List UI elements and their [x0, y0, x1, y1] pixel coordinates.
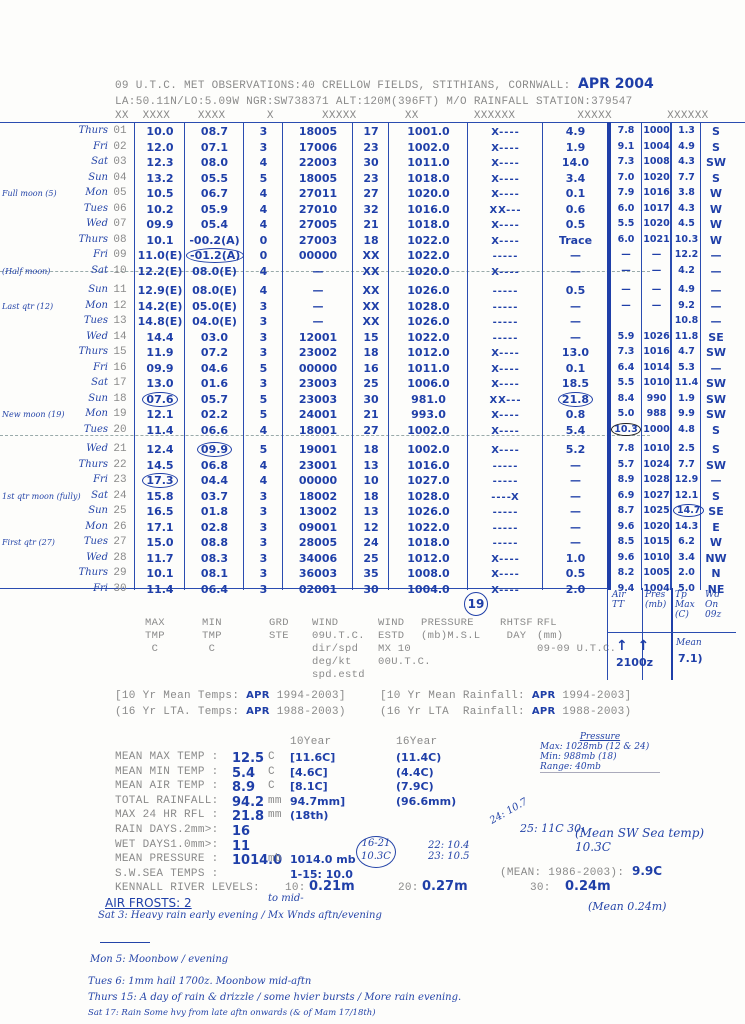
day-number: 24 — [110, 490, 130, 502]
cell-p21: 1021 — [643, 234, 670, 245]
side-time: 2100z — [616, 656, 653, 669]
cell-grd-value: 5 — [260, 172, 268, 185]
cell-rfl: — — [544, 490, 607, 503]
cell-pres: 981.0 — [390, 393, 467, 406]
cell-rfl: — — [544, 315, 607, 328]
cell-grd: 4 — [245, 284, 282, 297]
cell-rfl-value: 1.0 — [566, 552, 586, 565]
cell-p21: 988 — [643, 408, 670, 419]
day-number: 08 — [110, 234, 130, 246]
cell-air: 10.3 — [611, 424, 641, 435]
cell-min: 02.8 — [186, 521, 243, 534]
cell-max: 11.9 — [136, 346, 184, 359]
cell-wd-value: W — [710, 187, 722, 200]
cell-code-value: X---- — [491, 585, 520, 596]
cell-rfl-value: 0.1 — [566, 362, 586, 375]
cell-p21-value: 1010 — [643, 552, 669, 563]
cell-min-value: 04.4 — [201, 474, 228, 487]
cell-estd: 35 — [354, 567, 388, 580]
cell-max-value: 17.1 — [146, 521, 173, 534]
cell-wind: 23001 — [284, 459, 352, 472]
cell-rfl-value: — — [570, 505, 581, 518]
report-title: 09 U.T.C. MET OBSERVATIONS:40 CRELLOW FI… — [115, 80, 570, 92]
cell-estd: 32 — [354, 203, 388, 216]
cell-pres: 1011.0 — [390, 362, 467, 375]
cell-max-value: 11.4 — [146, 583, 173, 596]
side-air-tt: Air TT — [612, 590, 640, 610]
summary-unit: C — [268, 766, 275, 778]
cell-rfl-value: — — [570, 265, 581, 278]
cell-estd-value: 18 — [363, 346, 378, 359]
cell-code: ----- — [469, 315, 542, 328]
table-row: Wed1414.403.0312001151022.0-----—5.91026… — [0, 331, 745, 346]
cell-p21: 1020 — [643, 218, 670, 229]
cell-grd: 3 — [245, 567, 282, 580]
cell-min-value: 08.1 — [201, 567, 228, 580]
cell-wind: 27010 — [284, 203, 352, 216]
cell-tp-value: 9.9 — [678, 408, 695, 419]
cell-wind: 27005 — [284, 218, 352, 231]
cell-min: 08.0(E) — [186, 284, 243, 297]
cell-max: 09.9 — [136, 362, 184, 375]
cell-tp: 5.3 — [673, 362, 700, 373]
cell-estd-value: XX — [363, 265, 380, 278]
cell-max: 11.7 — [136, 552, 184, 565]
cell-min-value: 06.8 — [201, 459, 228, 472]
cell-wd-value: — — [711, 474, 722, 487]
cell-code-value: ----- — [493, 317, 519, 328]
cell-rfl-value: — — [570, 490, 581, 503]
day-name: Mon — [60, 408, 108, 419]
day-name: Fri — [60, 141, 108, 152]
cell-max: 11.4 — [136, 424, 184, 437]
summary-value: 94.2 — [232, 795, 264, 810]
cell-p21-value: 1014 — [643, 362, 669, 373]
period-label: (16 Yr LTA. Temps: — [115, 706, 239, 718]
cell-pres-value: 1011.0 — [407, 362, 449, 375]
cell-air-value: 9.6 — [618, 521, 635, 532]
cell-wd: — — [702, 249, 730, 262]
summary-label: TOTAL RAINFALL: — [115, 795, 219, 807]
cell-min: 03.7 — [186, 490, 243, 503]
cell-grd-value: 5 — [260, 393, 268, 406]
cell-estd: 30 — [354, 583, 388, 596]
cell-pres-value: 1012.0 — [407, 552, 449, 565]
cell-code-value: ----- — [493, 302, 519, 313]
cell-wind: — — [284, 284, 352, 297]
summary-16yr: (96.6mm) — [396, 795, 456, 808]
cell-min: 08.0(E) — [186, 265, 243, 278]
cell-estd: XX — [354, 315, 388, 328]
cell-estd: XX — [354, 265, 388, 278]
cell-tp-value: 14.3 — [675, 521, 698, 532]
day-number: 01 — [110, 125, 130, 137]
cell-grd-value: 0 — [260, 249, 268, 262]
cell-wd: SW — [702, 393, 730, 406]
cell-rfl-value: 3.4 — [566, 172, 586, 185]
cell-tp-value: 4.3 — [678, 203, 695, 214]
period-label: [10 Yr Mean Rainfall: — [380, 690, 525, 702]
cell-rfl: 21.8 — [544, 393, 607, 406]
cell-estd: 13 — [354, 505, 388, 518]
cell-p21-value: 990 — [647, 393, 667, 404]
cell-wd-value: S — [712, 490, 720, 503]
table-row: Sat1713.001.6323003251006.0X----18.55.51… — [0, 377, 745, 392]
day-name: Thurs — [60, 346, 108, 357]
cell-max: 10.0 — [136, 125, 184, 138]
period-month: APR — [532, 706, 556, 717]
cell-min-value: 04.0(E) — [192, 315, 237, 328]
cell-max: 17.3 — [136, 474, 184, 487]
table-row: Fri0212.007.1317006231002.0X----1.99.110… — [0, 141, 745, 156]
cell-air-value: 7.8 — [618, 443, 635, 454]
cell-tp-value: 5.3 — [678, 362, 695, 373]
summary-value: 21.8 — [232, 809, 264, 824]
cell-air-value: 7.8 — [618, 125, 635, 136]
cell-wind: 27011 — [284, 187, 352, 200]
cell-max-value: 13.0 — [146, 377, 173, 390]
cell-estd: 21 — [354, 408, 388, 421]
sea-temp-note-2: 22: 10.4 23: 10.5 — [428, 840, 488, 862]
cell-min: 05.9 — [186, 203, 243, 216]
cell-air: 8.9 — [611, 474, 641, 485]
day-number: 23 — [110, 474, 130, 486]
cell-wind-value: 27003 — [299, 234, 337, 247]
cell-p21: 1016 — [643, 346, 670, 357]
legend-rhtsf: RHTSF DAY — [500, 617, 533, 643]
summary-label: MEAN PRESSURE : — [115, 853, 219, 865]
cell-p21-value: 1004 — [643, 141, 669, 152]
cell-max-value: 17.3 — [142, 473, 177, 488]
day-number: 11 — [110, 284, 130, 296]
cell-wind: 18001 — [284, 424, 352, 437]
cell-pres: 1004.0 — [390, 583, 467, 596]
cell-min-value: 09.9 — [197, 442, 232, 457]
cell-min: 06.8 — [186, 459, 243, 472]
cell-code-value: X---- — [491, 127, 520, 138]
cell-grd-value: 5 — [260, 443, 268, 456]
cell-rfl-value: — — [570, 331, 581, 344]
cell-p21: 1010 — [643, 377, 670, 388]
summary-16yr: (11.4C) — [396, 751, 441, 764]
table-row: Sat0312.308.0422003301011.0X----14.07.31… — [0, 156, 745, 171]
cell-tp-value: 10.3 — [675, 234, 698, 245]
summary-10yr: (18th) — [290, 809, 328, 822]
cell-estd: 15 — [354, 331, 388, 344]
cell-pres: 1022.0 — [390, 521, 467, 534]
cell-air: 5.9 — [611, 331, 641, 342]
summary-label: MEAN AIR TEMP : — [115, 780, 219, 792]
cell-max-value: 15.0 — [146, 536, 173, 549]
cell-p21: — — [643, 300, 670, 311]
cell-code-value: X---- — [491, 364, 520, 375]
cell-rfl-value: — — [570, 300, 581, 313]
day-name: Wed — [60, 552, 108, 563]
cell-wd-value: SW — [706, 156, 726, 169]
cell-air: 5.7 — [611, 459, 641, 470]
cell-air-value: 9.1 — [618, 141, 635, 152]
cell-estd-value: 25 — [363, 377, 378, 390]
table-row: Thurs0810.1-00.2(A)027003181022.0X----Tr… — [0, 234, 745, 249]
cell-wd-value: E — [712, 521, 720, 534]
table-row: Tues27First qtr (27)15.008.8328005241018… — [0, 536, 745, 551]
river-30-label: 30: — [530, 882, 551, 894]
cell-code-value: X---- — [491, 426, 520, 437]
pressure-summary: Pressure Max: 1028mb (12 & 24) Min: 988m… — [540, 732, 660, 773]
cell-grd-value: 3 — [260, 521, 268, 534]
cell-rfl: 5.2 — [544, 443, 607, 456]
cell-grd-value: 3 — [260, 490, 268, 503]
cell-pres-value: 1026.0 — [407, 284, 449, 297]
summary-value: 5.4 — [232, 766, 255, 781]
cell-tp-value: 4.2 — [678, 265, 695, 276]
cell-wind-value: 22003 — [299, 156, 337, 169]
cell-max: 12.1 — [136, 408, 184, 421]
cell-wd-value: SW — [706, 459, 726, 472]
cell-air: 5.5 — [611, 218, 641, 229]
cell-estd: 24 — [354, 536, 388, 549]
cell-grd: 3 — [245, 505, 282, 518]
cell-p21-value: 988 — [647, 408, 667, 419]
cell-max-value: 07.6 — [142, 392, 177, 407]
cell-max-value: 14.8(E) — [138, 315, 183, 328]
cell-estd: 13 — [354, 459, 388, 472]
cell-air: 8.5 — [611, 536, 641, 547]
cell-wind-value: 27011 — [299, 187, 337, 200]
cell-tp-value: 4.5 — [678, 218, 695, 229]
cell-grd-value: 4 — [260, 218, 268, 231]
cell-wind-value: 36003 — [299, 567, 337, 580]
cell-pres-value: 1028.0 — [407, 300, 449, 313]
cell-pres: 1022.0 — [390, 249, 467, 262]
cell-rfl-value: 0.1 — [566, 187, 586, 200]
cell-estd: 27 — [354, 424, 388, 437]
cell-tp: 3.8 — [673, 187, 700, 198]
cell-max: 15.0 — [136, 536, 184, 549]
river-mean: (Mean 0.24m) — [588, 900, 666, 913]
cell-code-value: ----- — [493, 538, 519, 549]
cell-wind: 00000 — [284, 249, 352, 262]
cell-grd: 4 — [245, 459, 282, 472]
cell-pres-value: 1026.0 — [407, 315, 449, 328]
period-label: (16 Yr LTA Rainfall: — [380, 706, 525, 718]
cell-tp: 7.7 — [673, 459, 700, 470]
cell-max: 10.1 — [136, 234, 184, 247]
cell-wind: 18005 — [284, 125, 352, 138]
cell-p21: 1004 — [643, 141, 670, 152]
cell-rfl-value: — — [570, 474, 581, 487]
cell-p21: — — [643, 249, 670, 260]
cell-min: 08.7 — [186, 125, 243, 138]
cell-pres-value: 1016.0 — [407, 203, 449, 216]
cell-p21: 1000 — [643, 125, 670, 136]
cell-p21-value: 1010 — [643, 377, 669, 388]
table-row: Sun1807.605.752300330981.0XX---21.88.499… — [0, 393, 745, 408]
cell-min-value: -01.2(A) — [186, 248, 244, 263]
cell-pres-value: 1008.0 — [407, 567, 449, 580]
cell-grd: 4 — [245, 265, 282, 278]
cell-max: 12.0 — [136, 141, 184, 154]
cell-min-value: 08.0(E) — [192, 284, 237, 297]
cell-code-value: X---- — [491, 158, 520, 169]
summary-16yr: (7.9C) — [396, 780, 434, 793]
cell-p21-value: 1028 — [643, 474, 669, 485]
moon-phase-note: (Half moon) — [2, 267, 50, 276]
cell-tp-value: 6.2 — [678, 536, 695, 547]
cell-code-value: X---- — [491, 554, 520, 565]
cell-tp: 1.9 — [673, 393, 700, 404]
cell-estd: XX — [354, 284, 388, 297]
cell-p21-value: 1020 — [643, 218, 669, 229]
cell-air-value: 5.5 — [618, 377, 635, 388]
day-number: 12 — [110, 300, 130, 312]
cell-pres-value: 1022.0 — [407, 521, 449, 534]
cell-wind: 36003 — [284, 567, 352, 580]
cell-tp-value: 3.8 — [678, 187, 695, 198]
cell-air: — — [611, 265, 641, 276]
cell-min-value: 01.6 — [201, 377, 228, 390]
day-name: Wed — [60, 218, 108, 229]
cell-tp: 11.8 — [673, 331, 700, 342]
day-name: Sat — [60, 156, 108, 167]
day-name: Sun — [60, 505, 108, 516]
day-name: Mon — [60, 521, 108, 532]
cell-grd-value: 3 — [260, 552, 268, 565]
cell-max: 13.0 — [136, 377, 184, 390]
summary-unit: C — [268, 780, 275, 792]
cell-tp-value: 14.7 — [673, 504, 704, 517]
cell-rfl-value: — — [570, 521, 581, 534]
cell-pres-value: 1016.0 — [407, 459, 449, 472]
cell-p21: 1005 — [643, 567, 670, 578]
cell-rfl-value: 5.2 — [566, 443, 586, 456]
cell-grd: 0 — [245, 249, 282, 262]
cell-min: 01.6 — [186, 377, 243, 390]
cell-wd: SW — [702, 377, 730, 390]
cell-tp: 3.4 — [673, 552, 700, 563]
cell-wind: 13002 — [284, 505, 352, 518]
cell-tp: 6.2 — [673, 536, 700, 547]
cell-tp-value: 11.4 — [675, 377, 698, 388]
cell-min: 02.2 — [186, 408, 243, 421]
day-number: 26 — [110, 521, 130, 533]
cell-max: 12.3 — [136, 156, 184, 169]
cell-estd-value: XX — [363, 300, 380, 313]
cell-grd-value: 3 — [260, 583, 268, 596]
cell-wd: W — [702, 187, 730, 200]
cell-pres: 1002.0 — [390, 443, 467, 456]
cell-min: 04.4 — [186, 474, 243, 487]
cell-wd: W — [702, 218, 730, 231]
cell-pres-value: 1018.0 — [407, 218, 449, 231]
report-month: APR 2004 — [578, 76, 654, 92]
cell-estd-value: 15 — [363, 331, 378, 344]
cell-rfl: 1.9 — [544, 141, 607, 154]
cell-p21: 1010 — [643, 443, 670, 454]
cell-tp: 12.1 — [673, 490, 700, 501]
table-row: Thurs1511.907.2323002181012.0X----13.07.… — [0, 346, 745, 361]
cell-code: ----X — [469, 490, 542, 503]
cell-wd-value: S — [712, 141, 720, 154]
day-name: Fri — [60, 249, 108, 260]
cell-rfl-value: 21.8 — [558, 392, 593, 407]
table-row: Thurs2214.506.8423001131016.0-----—5.710… — [0, 459, 745, 474]
cell-grd: 3 — [245, 315, 282, 328]
pressure-range: Range: 40mb — [540, 762, 660, 772]
cell-p21-value: — — [652, 284, 662, 295]
cell-grd-value: 3 — [260, 300, 268, 313]
cell-wind-value: — — [313, 300, 324, 313]
note-sat17: Sat 17: Rain Some hvy from late aftn onw… — [88, 1008, 376, 1018]
cell-air-value: 8.9 — [618, 474, 635, 485]
cell-pres: 1028.0 — [390, 300, 467, 313]
cell-wind: 23003 — [284, 377, 352, 390]
cell-grd: 3 — [245, 125, 282, 138]
cell-air: 5.0 — [611, 408, 641, 419]
cell-grd: 4 — [245, 156, 282, 169]
cell-tp: 4.5 — [673, 218, 700, 229]
cell-grd-value: 4 — [260, 203, 268, 216]
cell-air-value: 8.4 — [618, 393, 635, 404]
day-name: Sun — [60, 284, 108, 295]
table-row: Thurs2910.108.1336003351008.0X----0.58.2… — [0, 567, 745, 582]
cell-estd-value: 13 — [363, 459, 378, 472]
cell-rfl-value: 13.0 — [562, 346, 589, 359]
cell-air: 7.3 — [611, 156, 641, 167]
cell-max: 14.4 — [136, 331, 184, 344]
cell-wd-value: S — [712, 172, 720, 185]
cell-code: ----- — [469, 331, 542, 344]
cell-code-value: XX--- — [489, 395, 521, 406]
cell-grd: 4 — [245, 424, 282, 437]
cell-rfl: 18.5 — [544, 377, 607, 390]
cell-p21-value: 1025 — [643, 505, 669, 516]
cell-tp: 9.9 — [673, 408, 700, 419]
cell-air-value: 5.9 — [618, 331, 635, 342]
cell-grd: 3 — [245, 583, 282, 596]
cell-code: X---- — [469, 362, 542, 375]
cell-pres: 1020.0 — [390, 187, 467, 200]
cell-estd-value: 10 — [363, 474, 378, 487]
cell-estd-value: 30 — [363, 393, 378, 406]
note-thurs15: Thurs 15: A day of rain & drizzle / some… — [88, 992, 461, 1003]
cell-max-value: 12.0 — [146, 141, 173, 154]
cell-rfl: — — [544, 331, 607, 344]
cell-estd: 23 — [354, 172, 388, 185]
cell-estd-value: 18 — [363, 443, 378, 456]
cell-grd: 3 — [245, 521, 282, 534]
table-row: Sun1112.9(E)08.0(E)4—XX1026.0-----0.5——4… — [0, 284, 745, 299]
air-frosts: AIR FROSTS: 2 — [105, 896, 192, 910]
summary-label: KENNALL RIVER LEVELS: — [115, 882, 260, 894]
cell-tp-value: 1.9 — [678, 393, 695, 404]
cell-rfl: 14.0 — [544, 156, 607, 169]
cell-code: X---- — [469, 443, 542, 456]
cell-wind: 19001 — [284, 443, 352, 456]
day-number: 28 — [110, 552, 130, 564]
cell-p21: 1026 — [643, 331, 670, 342]
cell-max: 12.9(E) — [136, 284, 184, 297]
cell-grd-value: 4 — [260, 265, 268, 278]
cell-code-value: X---- — [491, 569, 520, 580]
legend-pressure: PRESSURE (mb)M.S.L — [421, 617, 480, 643]
cell-rfl-value: 0.5 — [566, 567, 586, 580]
cell-pres-value: 1002.0 — [407, 443, 449, 456]
cell-air-value: — — [621, 249, 631, 260]
cell-code-value: X---- — [491, 445, 520, 456]
cell-wd-value: — — [711, 284, 722, 297]
cell-rfl: 1.0 — [544, 552, 607, 565]
